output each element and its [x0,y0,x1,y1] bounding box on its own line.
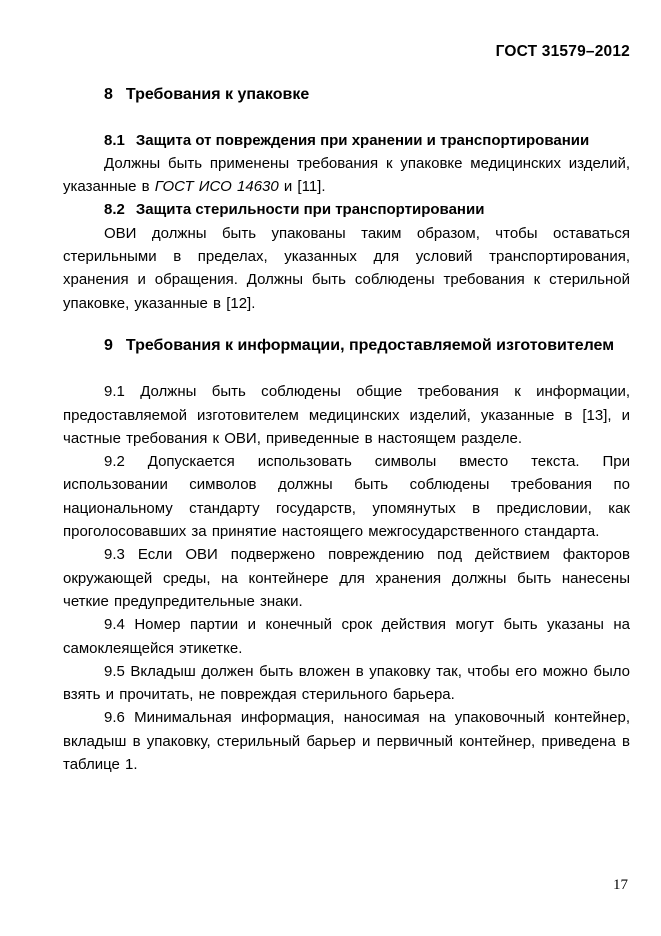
section-9-number: 9 [104,337,113,354]
subsection-8-1-heading: 8.1Защита от повреждения при хранении и … [63,129,630,152]
section-9-title: Требования к информации, предоставляемой… [126,337,614,354]
section-8-heading: 8Требования к упаковке [63,83,630,106]
subsection-8-2-number: 8.2 [104,201,125,218]
paragraph-9-2: 9.2 Допускается использовать символы вме… [63,450,630,543]
paragraph-8-1-text-end: и [11]. [279,178,326,195]
subsection-8-1-title: Защита от повреждения при хранении и тра… [136,132,589,149]
section-9-heading: 9Требования к информации, предоставляемо… [63,334,630,357]
paragraph-8-1-text-start: Должны быть применены требования к упако… [63,155,630,195]
document-page-body: { "document": { "header": "ГОСТ 31579–20… [0,0,661,936]
subsection-8-2-title: Защита стерильности при транспортировани… [136,201,485,218]
paragraph-9-4: 9.4 Номер партии и конечный срок действи… [63,613,630,660]
section-8-title: Требования к упаковке [126,86,309,103]
document-header: ГОСТ 31579–2012 [63,40,630,63]
page-number: 17 [613,876,628,894]
section-8-number: 8 [104,86,113,103]
paragraph-8-1-standard-reference: ГОСТ ИСО 14630 [155,178,279,195]
document-page: ГОСТ 31579–2012 8Требования к упаковке 8… [0,0,661,936]
subsection-8-2-heading: 8.2Защита стерильности при транспортиров… [63,198,630,221]
paragraph-9-1: 9.1 Должны быть соблюдены общие требован… [63,380,630,450]
subsection-8-1-number: 8.1 [104,132,125,149]
paragraph-9-3: 9.3 Если ОВИ подвержено повреждению под … [63,543,630,613]
paragraph-8-2: ОВИ должны быть упакованы таким образом,… [63,222,630,315]
standard-designation: ГОСТ 31579–2012 [496,43,630,60]
paragraph-9-6: 9.6 Минимальная информация, наносимая на… [63,706,630,776]
paragraph-8-1: Должны быть применены требования к упако… [63,152,630,199]
paragraph-9-5: 9.5 Вкладыш должен быть вложен в упаковк… [63,660,630,707]
